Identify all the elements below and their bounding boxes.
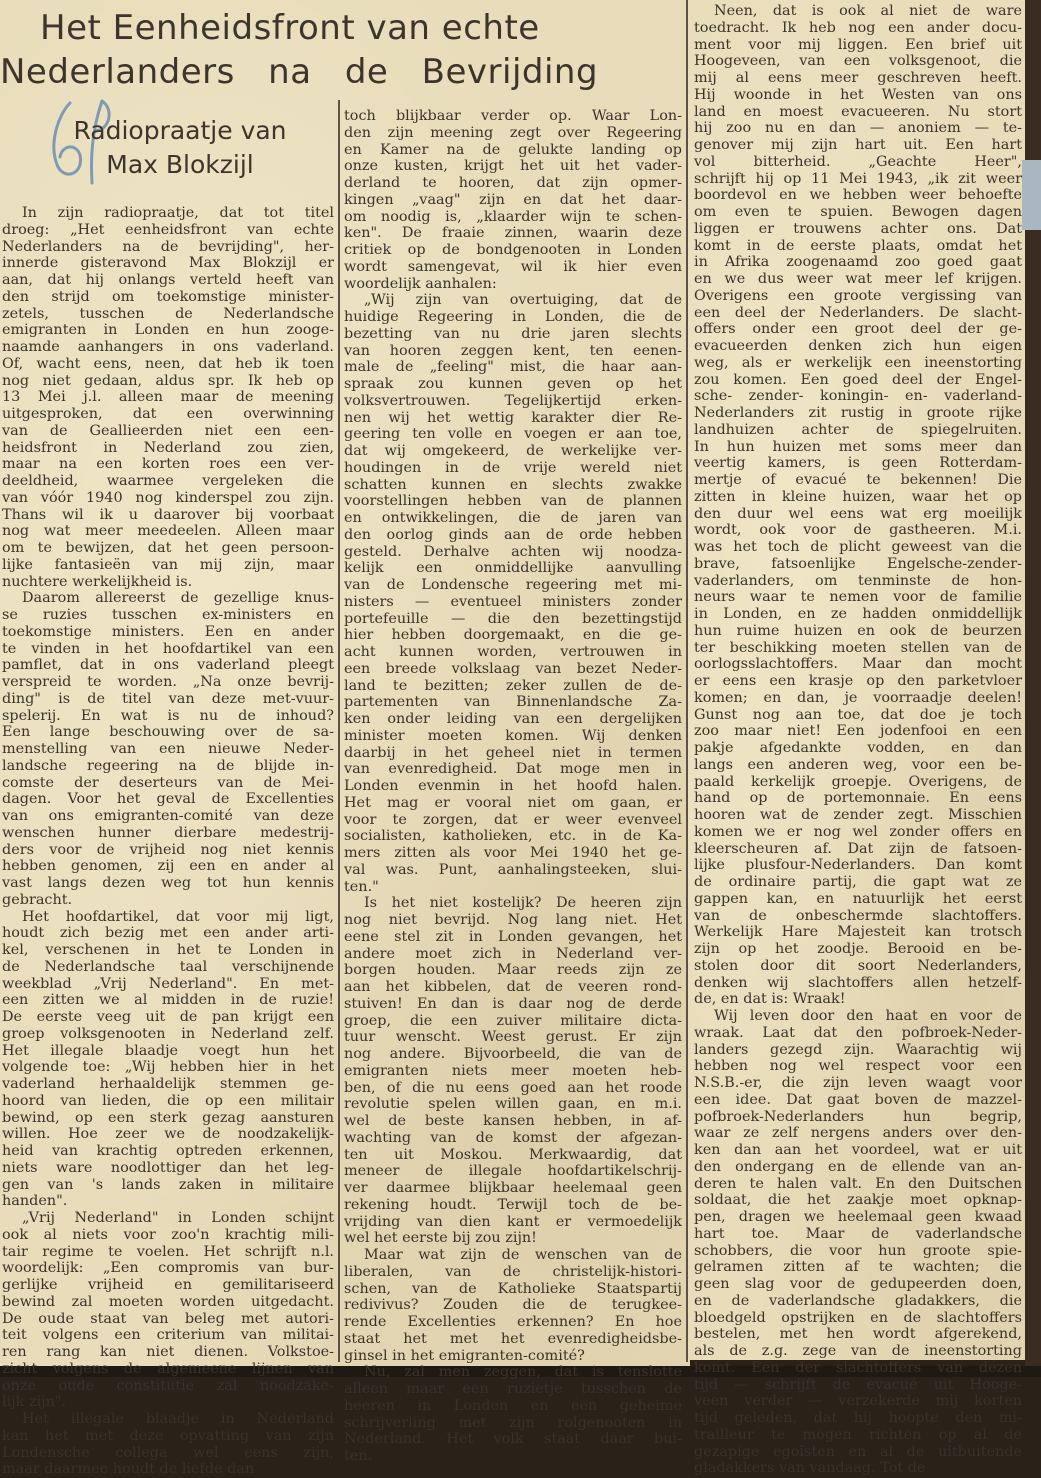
text-line: niets ware noodlottiger dan het leg- [2, 1160, 334, 1177]
text-line: Maar wat zijn de wenschen van de [344, 1247, 682, 1264]
text-line: comste der deserteurs van de Mei- [2, 775, 334, 792]
text-line: hooren wat de zender zegt. Misschien [694, 807, 1022, 824]
article-paragraph: Het hoofdartikel, dat voor mij ligt,houd… [2, 909, 334, 1211]
text-line: dagen. Voor het geval de Excellenties [2, 791, 334, 808]
text-line: offers onder een groot deel der ge- [694, 321, 1022, 338]
text-line: boordevol en we hebben weer behoefte [694, 187, 1022, 204]
text-line: vaderland herhaaldelijk stemmen ge- [2, 1076, 334, 1093]
text-line: Het mag er vooral niet om gaan, er [344, 795, 682, 812]
text-line: rende Excellenties erkennen? En hoe [344, 1314, 682, 1331]
text-line: „Wij zijn van overtuiging, dat de [344, 292, 682, 309]
text-line: hand op de portemonnaie. En eens [694, 790, 1022, 807]
text-line: en de vaderlandsche gladakkers, die [694, 1293, 1022, 1310]
text-line: kingen „vaag" zijn en dat het daar- [344, 192, 682, 209]
text-line: landers gezegd zijn. Waarachtig wij [694, 1042, 1022, 1059]
text-line: groep volksgenooten in Nederland zelf. [2, 1026, 334, 1043]
text-line: ken". De fraaie zinnen, waarin deze [344, 225, 682, 242]
text-line: land te bezitten; zeker zullen de de- [344, 678, 682, 695]
text-line: emigranten in Londen en hun zooge- [2, 322, 334, 339]
text-line: een idee. Dat gaat boven de mazzel- [694, 1092, 1022, 1109]
text-line: maar na een korten roes een ver- [2, 456, 334, 473]
text-line: kel, verschenen in het te Londen in [2, 942, 334, 959]
text-line: vol bitterheid. „Geachte Heer", [694, 154, 1022, 171]
text-line: hoord van lieden, die op een militair [2, 1093, 334, 1110]
text-line: wordt, ook voor de gastheeren. M.i. [694, 522, 1022, 539]
text-line: nisters — eventueel ministers zonder [344, 594, 682, 611]
text-line: pen, dragen we heelemaal geen kwaad [694, 1209, 1022, 1226]
text-line: ten." [344, 879, 682, 896]
text-line: zou komen. Een goed deel der Engel- [694, 372, 1022, 389]
article-column-3: Neen, dat is ook al niet de waretoedrach… [694, 3, 1022, 1377]
article-paragraph: In zijn radiopraatje, dat tot titeldroeg… [2, 205, 334, 590]
text-line: genover mij zijn hart uit. Een hart [694, 137, 1022, 154]
subheading-line-1: Radiopraatje van [30, 114, 330, 148]
headline-line-1: Het Eenheidsfront van echte [0, 6, 690, 50]
text-line: emigranten niets meer moeten heb- [344, 1063, 682, 1080]
text-line: mers zitten als voor Mei 1940 het ge- [344, 845, 682, 862]
text-line: ten uit Moskou. Merkwaardig, dat [344, 1147, 682, 1164]
text-line: eene stel zit in Londen gevangen, het [344, 929, 682, 946]
text-line: val was. Punt, aanhalingsteeken, slui- [344, 862, 682, 879]
text-line: nog niet gedaan, aldus spr. Ik heb op [2, 373, 334, 390]
text-line: weg, als er werkelijk een ineenstorting [694, 355, 1022, 372]
text-line: en Kamer na de gelukte landing op [344, 142, 682, 159]
text-line: voorstellingen hebben van de plannen [344, 493, 682, 510]
text-line: hebben genomen, zij een en ander al [2, 858, 334, 875]
text-line: De eerste veeg uit de pan krijgt een [2, 1009, 334, 1026]
text-line: huidige Regeering in Londen, die de [344, 309, 682, 326]
text-line: Een lange beschouwing over de sa- [2, 724, 334, 741]
article-paragraph: toch blijkbaar verder op. Waar Lon-den z… [344, 108, 682, 292]
text-line: komen; en dan, je voorraadje deelen! [694, 690, 1022, 707]
article-paragraph: Maar wat zijn de wenschen van deliberale… [344, 1247, 682, 1364]
text-line: de, en dat is: Wraak! [694, 991, 1022, 1008]
text-line: gebracht. [2, 892, 334, 909]
text-line: landhuizen achter de spiegelruiten. [694, 422, 1022, 439]
text-line: Nu, zal men zeggen, dat is tenslotte [344, 1364, 682, 1377]
article-paragraph: Nu, zal men zeggen, dat is tenslottealle… [344, 1364, 682, 1377]
text-line: houdt zich bezig met een ander arti- [2, 925, 334, 942]
article-column-1: In zijn radiopraatje, dat tot titeldroeg… [2, 205, 334, 1377]
text-line: waar ze zelf nergens anders over den- [694, 1125, 1022, 1142]
text-line: ken onder leiding van een dergelijken [344, 711, 682, 728]
text-line: spraak zou kunnen geven op het [344, 376, 682, 393]
text-line: se ruzies tusschen ex-ministers en [2, 607, 334, 624]
text-line: vrijding van dien kant er vermoedelijk [344, 1214, 682, 1231]
tape-strip [1022, 160, 1041, 230]
text-line: nog wat meer meedeelen. Alleen maar [2, 523, 334, 540]
text-line: een breede volkslaag van bezet Neder- [344, 661, 682, 678]
text-line: In hun huizen met soms meer dan [694, 439, 1022, 456]
text-line: mertje of evacué te bekennen! Die [694, 472, 1022, 489]
text-line: toch blijkbaar verder op. Waar Lon- [344, 108, 682, 125]
text-line: van evenredigheid. Dat moge men in [344, 761, 682, 778]
text-line: Hoogeveen, van een volksgenoot, die [694, 53, 1022, 70]
text-line: volgende toe: „Wij hebben hier in het [2, 1059, 334, 1076]
text-line: andere moet zich in Nederland ver- [344, 946, 682, 963]
text-line: er eens een krasje op den parketvloer [694, 673, 1022, 690]
text-line: heid van krachtig optreden erkennen, [2, 1143, 334, 1160]
text-line: lijke fantasieën van mij zijn, maar [2, 557, 334, 574]
text-line: staat het met het evenredigheidsbe- [344, 1331, 682, 1348]
text-line: houdingen in de vrije wereld niet [344, 460, 682, 477]
text-line: gelramen zitten af te wachten; die [694, 1259, 1022, 1276]
text-line: Nederlanders zit rustig in groote rijke [694, 405, 1022, 422]
text-line: hier hebben doorgemaakt, en die ge- [344, 627, 682, 644]
text-line: soldaat, die het zaakje moet opknap- [694, 1192, 1022, 1209]
text-line: vaderlanders, om tenminste de hon- [694, 573, 1022, 590]
text-line: deeldheid, waarmee vergeleken die [2, 473, 334, 490]
text-line: N.S.B.-er, die zijn leven waagt voor [694, 1075, 1022, 1092]
article-paragraph: Is het niet kostelijk? De heeren zijnnog… [344, 895, 682, 1247]
text-line: revolutie spelen willen gaan, en m.i. [344, 1096, 682, 1113]
text-line: liberalen, van de christelijk-histori- [344, 1264, 682, 1281]
text-line: dat wij omgekeerd, de werkelijke ver- [344, 443, 682, 460]
text-line: bewind zal moeten worden uitgedacht. [2, 1294, 334, 1311]
text-line: Nederlanders na de bevrijding", her- [2, 239, 334, 256]
text-line: kelijk een onmiddellijke aanvulling [344, 560, 682, 577]
text-line: bewind, op een sterk gezag aansturen [2, 1110, 334, 1127]
text-line: handen". [2, 1193, 334, 1210]
text-line: hebben nog wel respect voor een [694, 1058, 1022, 1075]
text-line: gappen kan, en natuurlijk het eerst [694, 891, 1022, 908]
text-line: bezetting van nu drie jaren slechts [344, 326, 682, 343]
newspaper-clipping: Het Eenheidsfront van echte Nederlanders… [0, 0, 1041, 1377]
text-line: komt in de eerste plaats, omdat het [694, 238, 1022, 255]
text-line: tair regime te voelen. Het schrijft n.l. [2, 1244, 334, 1261]
text-line: geering ten volle en voegen er aan toe, [344, 426, 682, 443]
text-line: den ondergang en de ellende van an- [694, 1159, 1022, 1176]
text-line: wordt samengevat, wil ik hier even [344, 259, 682, 276]
text-line: te vinden in het hoofdartikel van een [2, 641, 334, 658]
text-line: mij al eens meer geschreven heeft. [694, 70, 1022, 87]
text-line: van ons emigranten-comité van deze [2, 808, 334, 825]
text-line: zicht volgens de algemeene lijnen van [2, 1361, 334, 1377]
text-line: hun ruime huizen en ook de beurzen [694, 623, 1022, 640]
text-line: schen, van de Katholieke Staatspartij [344, 1281, 682, 1298]
text-line: komt. Een der slachtoffers van dezen [694, 1360, 1022, 1377]
text-line: spelerij. En wat is nu de inhoud? [2, 708, 334, 725]
text-line: neurs waar te nemen voor de familie [694, 589, 1022, 606]
text-line: bloedgeld opstrijken en de slachtoffers [694, 1310, 1022, 1327]
text-line: zijn op het zoodje. Berooid en be- [694, 941, 1022, 958]
text-line: minister moeten komen. Wij denken [344, 728, 682, 745]
text-line: de Nederlandsche taal verschijnende [2, 959, 334, 976]
text-line: wel de beste kansen hebben, in af- [344, 1113, 682, 1130]
subheading: Radiopraatje van Max Blokzijl [30, 114, 330, 182]
text-line: ding" is de titel van deze met-vuur- [2, 691, 334, 708]
text-line: een deel der Nederlanders. De slacht- [694, 305, 1022, 322]
text-line: ben, of die nu eens goed aan het roode [344, 1080, 682, 1097]
text-line: partementen van Binnenlandsche Za- [344, 694, 682, 711]
text-line: Het illegale blaadje voegt hun het [2, 1043, 334, 1060]
text-line: was het toch de plicht geweest van die [694, 539, 1022, 556]
text-line: innerde gisteravond Max Blokzijl er [2, 255, 334, 272]
text-line: langs een anderen weg, voor een be- [694, 757, 1022, 774]
text-line: de ordinaire partij, die gapt wat ze [694, 874, 1022, 891]
text-line: toekomstige ministers. Een en ander [2, 624, 334, 641]
text-line: ken dan aan het voordeel, wat er uit [694, 1142, 1022, 1159]
text-line: van hooren zeggen kent, ten eenen- [344, 343, 682, 360]
article-paragraph: Wij leven door den haat en voor dewraak.… [694, 1008, 1022, 1377]
text-line: van de Londensche regeering met mi- [344, 577, 682, 594]
text-line: deren te halen valt. En den Duitschen [694, 1176, 1022, 1193]
text-line: Daarom allereerst de gezellige knus- [2, 590, 334, 607]
text-line: borgen houden. Maar reeds zijn ze [344, 962, 682, 979]
text-line: nog niet bevrijd. Nog lang niet. Het [344, 912, 682, 929]
text-line: als de z.g. zege van de ineenstorting [694, 1343, 1022, 1360]
article-paragraph: „Wij zijn van overtuiging, dat dehuidige… [344, 292, 682, 895]
text-line: bestelen, met hen wordt afgerekend, [694, 1326, 1022, 1343]
text-line: schatten kunnen en slechts zwakke [344, 477, 682, 494]
text-line: nen wij het wettig karakter dier Re- [344, 410, 682, 427]
text-line: Overigens een groote vergissing van [694, 288, 1022, 305]
text-line: van vóór 1940 nog kinderspel zou zijn. [2, 490, 334, 507]
text-line: komen we er nog wel zonder offers en [694, 824, 1022, 841]
text-line: Londen evenmin in het hoofd halen. [344, 778, 682, 795]
text-line: pofbroek-Nederlanders hun begrip, [694, 1109, 1022, 1126]
text-line: denken wij slachtoffers allen hetzelf- [694, 975, 1022, 992]
text-line: weekblad „Vrij Nederland". En met- [2, 976, 334, 993]
text-line: toedracht. Ik heb nog een ander docu- [694, 20, 1022, 37]
text-line: onze kusten, krijgt het uit het vader- [344, 158, 682, 175]
text-line: om te bewijzen, dat het geen persoon- [2, 540, 334, 557]
text-line: hij zoo nu en dan — anoniem — te- [694, 120, 1022, 137]
text-line: ders voor de vrijheid nog niet kennis [2, 842, 334, 859]
text-line: tuur wenscht. Weest gerust. Er zijn [344, 1029, 682, 1046]
text-line: wenschen hunner dierbare medestrij- [2, 825, 334, 842]
text-line: rekening houdt. Terwijl toch de be- [344, 1197, 682, 1214]
text-line: evacueerden denken zich hun eigen [694, 338, 1022, 355]
text-line: De oude staat van beleg met autori- [2, 1311, 334, 1328]
text-line: den strijd om toekomstige minister- [2, 289, 334, 306]
text-line: lijke plusfour-Nederlanders. Dan komt [694, 857, 1022, 874]
text-line: heidsfront in Nederland zou zien, [2, 440, 334, 457]
text-line: wraak. Laat dat den pofbroek-Neder- [694, 1025, 1022, 1042]
text-line: acht kunnen worden, vertrouwen in [344, 644, 682, 661]
text-line: 13 Mei j.l. alleen maar de meening [2, 389, 334, 406]
text-line: om even te spuien. Bewogen dagen [694, 204, 1022, 221]
text-line: aan, dat hij onlangs verteld heeft van [2, 272, 334, 289]
text-line: Of, wacht eens, neen, dat heb ik toen [2, 356, 334, 373]
text-line: in Afrika zoogenaamd zoo goed gaat [694, 254, 1022, 271]
text-line: den zijn meening zegt over Regeering [344, 125, 682, 142]
text-line: ook al niets voor zoo'n krachtig mili- [2, 1227, 334, 1244]
text-line: nog andere. Bijvoorbeeld, die van de [344, 1046, 682, 1063]
text-line: gen van 's lands zaken in militaire [2, 1177, 334, 1194]
article-paragraph: „Vrij Nederland" in Londen schijntook al… [2, 1210, 334, 1377]
text-line: ginsel in het emigranten-comité? [344, 1348, 682, 1365]
text-line: gerlijke vrijheid en gemilitariseerd [2, 1277, 334, 1294]
text-line: portefeuille — die den bezettingstijd [344, 611, 682, 628]
text-line: pakje afgedankte vodden, en dan [694, 740, 1022, 757]
text-line: Hij woonde in het Westen van ons [694, 87, 1022, 104]
text-line: teit volgens een criterium van militai- [2, 1327, 334, 1344]
text-line: male de „feeling" mist, die haar aan- [344, 359, 682, 376]
text-line: meneer de illegale hoofdartikelschrij- [344, 1163, 682, 1180]
text-line: wel het eerste bij zou zijn! [344, 1230, 682, 1247]
text-line: en ontwikkelingen, die de jaren van [344, 510, 682, 527]
column-rule [686, 0, 688, 1362]
text-line: om noodig is, „klaarder wijn te schen- [344, 209, 682, 226]
text-line: gesteld. Derhalve achten wij noodza- [344, 544, 682, 561]
headline-line-2: Nederlanders na de Bevrijding [0, 50, 690, 94]
text-line: wachting van de komst der afgezan- [344, 1130, 682, 1147]
text-line: uitgesproken, dat een overwinning [2, 406, 334, 423]
text-line: Gunst nog aan toe, dat doe je toch [694, 707, 1022, 724]
text-line: sche- zender- koningin- en- vaderland- [694, 388, 1022, 405]
text-line: droeg: „Het eenheidsfront van echte [2, 222, 334, 239]
text-line: Neen, dat is ook al niet de ware [694, 3, 1022, 20]
text-line: in Londen, en ze hadden onmiddellijk [694, 606, 1022, 623]
article-column-2: toch blijkbaar verder op. Waar Lon-den z… [344, 108, 682, 1377]
text-line: aan het kibbelen, dat de veeren rond- [344, 979, 682, 996]
text-line: brave, fatsoenlijke Engelsche-zender- [694, 556, 1022, 573]
text-line: groep, die een zuiver militaire dicta- [344, 1013, 682, 1030]
text-line: liggen er trouwens achter ons. Dat [694, 221, 1022, 238]
text-line: een zitten we al midden in de ruzie! [2, 992, 334, 1009]
text-line: zitten in kleine huizen, waar het op [694, 489, 1022, 506]
text-line: ren rang kan niet dienen. Volkstoe- [2, 1344, 334, 1361]
text-line: kleerscheuren af. Dat zijn de fatsoen- [694, 841, 1022, 858]
text-line: paald kerkelijk groepje. Overigens, de [694, 774, 1022, 791]
text-line: volksvertrouwen. Tegelijkertijd erken- [344, 393, 682, 410]
text-line: menstelling van een nieuwe Neder- [2, 741, 334, 758]
text-line: Werkelijk Hare Majesteit kan trotsch [694, 924, 1022, 941]
article-paragraph: Daarom allereerst de gezellige knus-se r… [2, 590, 334, 908]
text-line: voor te zorgen, dat er weer evenveel [344, 812, 682, 829]
text-line: vast langs dezen weg tot hun kennis [2, 875, 334, 892]
text-line: naamde aanhangers in ons vaderland. [2, 339, 334, 356]
text-line: geen slag voor de gedupeerden doen, [694, 1276, 1022, 1293]
text-line: socialisten, katholieken, etc. in de Ka- [344, 828, 682, 845]
text-line: zetels, tusschen de Nederlandsche [2, 306, 334, 323]
text-line: Thans wil ik u daarover bij voorbaat [2, 507, 334, 524]
text-line: hart toe. Maar de vaderlandsche [694, 1226, 1022, 1243]
article-paragraph: Neen, dat is ook al niet de waretoedrach… [694, 3, 1022, 1008]
text-line: schrijft hij op 11 Mei 1943, „ik zit wee… [694, 171, 1022, 188]
text-line: stuiven! En dan is daar nog de derde [344, 996, 682, 1013]
text-line: Het hoofdartikel, dat voor mij ligt, [2, 909, 334, 926]
headline: Het Eenheidsfront van echte Nederlanders… [0, 6, 690, 94]
text-line: pamflet, dat in ons vaderland pleegt [2, 657, 334, 674]
text-line: ver daarmee blijkbaar heelemaal geen [344, 1180, 682, 1197]
text-line: critiek op de bondgenooten in Londen [344, 242, 682, 259]
text-line: den duur wel eens wat erg moeilijk [694, 506, 1022, 523]
text-line: land en moest evacueeren. Nu stort [694, 104, 1022, 121]
text-line: Is het niet kostelijk? De heeren zijn [344, 895, 682, 912]
text-line: landsche regeering na de blijde in- [2, 758, 334, 775]
text-line: ter beschikking moeten stellen van de [694, 640, 1022, 657]
text-line: verspreid te worden. „Na onze bevrij- [2, 674, 334, 691]
column-rule [338, 100, 340, 1362]
text-line: In zijn radiopraatje, dat tot titel [2, 205, 334, 222]
text-line: van de onbeschermde slachtoffers. [694, 908, 1022, 925]
subheading-line-2: Max Blokzijl [30, 148, 330, 182]
text-line: woordelijk: „Een compromis van bur- [2, 1260, 334, 1277]
text-line: ment voor mij liggen. Een brief uit [694, 37, 1022, 54]
text-line: den oorlog ginds aan de orde hebben [344, 527, 682, 544]
text-line: „Vrij Nederland" in Londen schijnt [2, 1210, 334, 1227]
text-line: nuchtere werkelijkheid is. [2, 574, 334, 591]
text-line: stolen door dit soort Nederlanders, [694, 958, 1022, 975]
text-line: veertig kamers, is geen Rotterdam- [694, 455, 1022, 472]
text-line: derland te hooren, dat zijn opmer- [344, 175, 682, 192]
text-line: schobbers, die voor hun groote spie- [694, 1243, 1022, 1260]
text-line: Wij leven door den haat en voor de [694, 1008, 1022, 1025]
text-line: woordelijk aanhalen: [344, 276, 682, 293]
text-line: oorlogsslachtoffers. Maar dan mocht [694, 656, 1022, 673]
text-line: van de Geallieerden niet een een- [2, 423, 334, 440]
text-line: redivivus? Zouden die de terugkee- [344, 1297, 682, 1314]
text-line: willen. Hoe zeer we de noodzakelijk- [2, 1126, 334, 1143]
text-line: en we dus weer wat meer lef krijgen. [694, 271, 1022, 288]
text-line: daarbij in het geheel niet in termen [344, 745, 682, 762]
text-line: zoo maar niet! Een jodenfooi en een [694, 723, 1022, 740]
